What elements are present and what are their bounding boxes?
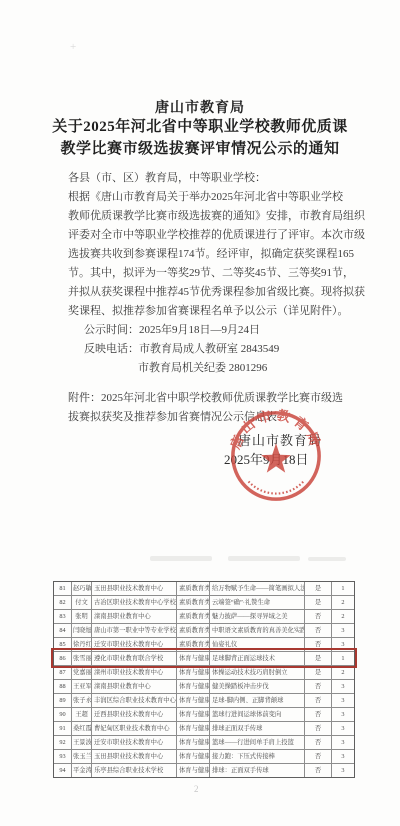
- cell-award-level: 3: [331, 764, 354, 777]
- cell-teacher-name: 张玉兰: [71, 750, 91, 763]
- table-row: 86 张雪丽 遵化市职业教育联合学校 体育与健康 足球脚背正面运球技术 是 1: [54, 651, 354, 665]
- cell-school: 丰润区综合职业技术教育中心: [91, 694, 176, 707]
- cell-teacher-name: 王超: [71, 708, 91, 721]
- cell-course-title: 排球：正面双手传球: [209, 764, 304, 777]
- cell-school: 曹妃甸区职业技术教育中心: [91, 722, 176, 735]
- feedback-phone-2: 市教育局机关纪委 2801296: [68, 359, 368, 378]
- cell-category: 素质教育类: [176, 582, 209, 595]
- paragraph-line: 评委对全市中等职业学校推荐的优质课进行了评审。本次市级: [68, 226, 368, 245]
- notice-title-line2: 教学比赛市级选拔赛评审情况公示的通知: [0, 137, 400, 158]
- cell-serial-number: 86: [54, 652, 71, 665]
- cell-award-level: 2: [331, 610, 354, 623]
- cell-teacher-name: 闫晓旭: [71, 624, 91, 637]
- cell-award-level: 1: [331, 652, 354, 665]
- cell-serial-number: 91: [54, 722, 71, 735]
- paragraph-line: 节。其中，拟评为一等奖29节、二等奖45节、三等奖91节，: [68, 264, 368, 283]
- cell-school: 滦州市职业技术教育中心: [91, 666, 176, 679]
- cell-teacher-name: 张雪丽: [71, 652, 91, 665]
- page-number: 2: [194, 784, 199, 794]
- cell-award-level: 3: [331, 624, 354, 637]
- cell-category: 体育与健康: [176, 680, 209, 693]
- scan-registration-mark: +: [70, 41, 76, 53]
- cell-recommended-to-province: 否: [304, 694, 331, 707]
- cell-course-title: 排球正面双手传球: [209, 722, 304, 735]
- cell-category: 体育与健康: [176, 666, 209, 679]
- cell-school: 玉田县职业技术教育中心: [91, 750, 176, 763]
- cell-recommended-to-province: 否: [304, 750, 331, 763]
- cell-recommended-to-province: 是: [304, 596, 331, 609]
- table-row: 91 桑红霞 曹妃甸区职业技术教育中心 体育与健康 排球正面双手传球 否 3: [54, 721, 354, 735]
- issuing-authority-title: 唐山市教育局: [0, 97, 400, 117]
- cell-school: 古冶区职业技术教育中心学校: [91, 596, 176, 609]
- cell-teacher-name: 桑红霞: [71, 722, 91, 735]
- cell-award-level: 3: [331, 722, 354, 735]
- cell-award-level: 2: [331, 666, 354, 679]
- notice-title-line1: 关于2025年河北省中等职业学校教师优质课: [0, 115, 400, 136]
- cell-serial-number: 81: [54, 582, 71, 595]
- table-row: 89 张子永 丰润区综合职业技术教育中心 体育与健康 足球-脚内侧、正脚背颠球 …: [54, 693, 354, 707]
- paragraph-line: 教师优质课教学比赛市级选拔赛的通知》安排，市教育局组织: [68, 207, 368, 226]
- cell-category: 体育与健康: [176, 694, 209, 707]
- cell-recommended-to-province: 否: [304, 708, 331, 721]
- cell-category: 素质教育类: [176, 610, 209, 623]
- cell-course-title: 健美操踏板冲击步伐: [209, 680, 304, 693]
- table-row: 88 王亚军 滦南县职业教育中心 体育与健康 健美操踏板冲击步伐 否 3: [54, 679, 354, 693]
- cell-school: 滦南县职业教育中心: [91, 680, 176, 693]
- scan-artifact: [228, 556, 300, 561]
- cell-category: 素质教育类: [176, 624, 209, 637]
- cell-recommended-to-province: 否: [304, 610, 331, 623]
- cell-serial-number: 93: [54, 750, 71, 763]
- scan-artifact: [150, 556, 212, 561]
- attachment-line: 附件：2025年河北省中职学校教师优质课教学比赛市级选: [68, 389, 368, 408]
- cell-recommended-to-province: 否: [304, 638, 331, 651]
- notice-body: 各县（市、区）教育局，中等职业学校： 根据《唐山市教育局关于举办2025年河北省…: [68, 169, 368, 427]
- scanned-notice-page: + 唐山市教育局 关于2025年河北省中等职业学校教师优质课 教学比赛市级选拔赛…: [0, 0, 400, 826]
- table-row: 87 党嘉丽 滦州市职业技术教育中心 体育与健康 体操运动技术技巧肩肘倒立 是 …: [54, 665, 354, 679]
- cell-recommended-to-province: 否: [304, 722, 331, 735]
- cell-course-title: 篮球行进间运球体前变向: [209, 708, 304, 721]
- table-row: 90 王超 迁西县职业技术教育中心 体育与健康 篮球行进间运球体前变向 否 3: [54, 707, 354, 721]
- cell-course-title: 云端签“确”·礼赞生命: [209, 596, 304, 609]
- table-row: 94 平金涛 乐亭县综合职业技术学校 体育与健康 排球：正面双手传球 否 3: [54, 763, 354, 777]
- cell-course-title: 魅力披萨——探寻异域之美: [209, 610, 304, 623]
- signature-date: 2025年9月18日: [224, 449, 309, 468]
- table-row: 84 闫晓旭 唐山市第一职业中等专业学校 素质教育类 中职语文素质教育的真善美化…: [54, 623, 354, 637]
- cell-serial-number: 83: [54, 610, 71, 623]
- cell-teacher-name: 王亚军: [71, 680, 91, 693]
- publicity-period: 公示时间：2025年9月18日—9月24日: [68, 321, 368, 340]
- attachment-line: 拔赛拟获奖及推荐参加省赛情况公示信息表: [68, 408, 368, 427]
- cell-serial-number: 90: [54, 708, 71, 721]
- attachment-reference: 附件：2025年河北省中职学校教师优质课教学比赛市级选拔赛拟获奖及推荐参加省赛情…: [68, 389, 368, 427]
- cell-serial-number: 84: [54, 624, 71, 637]
- cell-award-level: 1: [331, 582, 354, 595]
- table-row: 82 付文 古冶区职业技术教育中心学校 素质教育类 云端签“确”·礼赞生命 是 …: [54, 595, 354, 609]
- cell-award-level: 3: [331, 750, 354, 763]
- cell-category: 体育与健康: [176, 708, 209, 721]
- cell-teacher-name: 赵巧敏: [71, 582, 91, 595]
- cell-recommended-to-province: 否: [304, 764, 331, 777]
- cell-course-title: 足球-脚内侧、正脚背颠球: [209, 694, 304, 707]
- table-row: 81 赵巧敏 玉田县职业技术教育中心 素质教育类 给万物赋予生命——简笔画拟人法…: [54, 582, 354, 595]
- cell-school: 滦南县职业教育中心: [91, 610, 176, 623]
- cell-award-level: 2: [331, 596, 354, 609]
- cell-category: 体育与健康: [176, 750, 209, 763]
- cell-recommended-to-province: 否: [304, 680, 331, 693]
- cell-award-level: 3: [331, 638, 354, 651]
- cell-teacher-name: 平金涛: [71, 764, 91, 777]
- cell-category: 素质教育类: [176, 596, 209, 609]
- cell-category: 体育与健康: [176, 652, 209, 665]
- paragraph-line: 奖课程、拟推荐参加省赛课程名单予以公示（详见附件）。: [68, 302, 368, 321]
- cell-school: 迁西县职业技术教育中心: [91, 708, 176, 721]
- cell-recommended-to-province: 是: [304, 582, 331, 595]
- cell-award-level: 3: [331, 708, 354, 721]
- cell-school: 迁安市职业技术教育中心: [91, 638, 176, 651]
- cell-serial-number: 82: [54, 596, 71, 609]
- paragraph-line: 选拔赛共收到参赛课程174节。经评审，拟确定获奖课程165: [68, 245, 368, 264]
- cell-serial-number: 94: [54, 764, 71, 777]
- cell-serial-number: 87: [54, 666, 71, 679]
- table-row: 85 徐丹红 迁安市职业技术教育中心 素质教育类 仙姿礼仪 否 3: [54, 637, 354, 651]
- cell-school: 唐山市第一职业中等专业学校: [91, 624, 176, 637]
- salutation: 各县（市、区）教育局，中等职业学校：: [68, 169, 368, 188]
- cell-course-title: 仙姿礼仪: [209, 638, 304, 651]
- signature-issuer: 唐山市教育局: [238, 430, 322, 449]
- seal-bottom-code: [249, 481, 304, 493]
- paragraph-line: 根据《唐山市教育局关于举办2025年河北省中等职业学校: [68, 188, 368, 207]
- cell-course-title: 给万物赋予生命——简笔画拟人法: [209, 582, 304, 595]
- paragraph-line: 并拟从获奖课程中推荐45节优秀课程参加省级比赛。现将拟获: [68, 283, 368, 302]
- notice-paragraph: 根据《唐山市教育局关于举办2025年河北省中等职业学校教师优质课教学比赛市级选拔…: [68, 188, 368, 321]
- cell-serial-number: 89: [54, 694, 71, 707]
- cell-teacher-name: 张子永: [71, 694, 91, 707]
- cell-category: 体育与健康: [176, 736, 209, 749]
- cell-category: 体育与健康: [176, 722, 209, 735]
- cell-recommended-to-province: 否: [304, 736, 331, 749]
- table-row: 93 张玉兰 玉田县职业技术教育中心 体育与健康 接力跑：下压式传接棒 否 3: [54, 749, 354, 763]
- cell-teacher-name: 张明: [71, 610, 91, 623]
- scan-artifact: [308, 557, 346, 561]
- cell-recommended-to-province: 是: [304, 666, 331, 679]
- cell-category: 素质教育类: [176, 638, 209, 651]
- cell-teacher-name: 付文: [71, 596, 91, 609]
- cell-course-title: 接力跑：下压式传接棒: [209, 750, 304, 763]
- cell-recommended-to-province: 是: [304, 652, 331, 665]
- cell-teacher-name: 党嘉丽: [71, 666, 91, 679]
- cell-school: 遵化市职业教育联合学校: [91, 652, 176, 665]
- award-publicity-table: 81 赵巧敏 玉田县职业技术教育中心 素质教育类 给万物赋予生命——简笔画拟人法…: [53, 581, 355, 778]
- cell-award-level: 3: [331, 694, 354, 707]
- cell-course-title: 足球脚背正面运球技术: [209, 652, 304, 665]
- cell-school: 乐亭县综合职业技术学校: [91, 764, 176, 777]
- cell-teacher-name: 王景波: [71, 736, 91, 749]
- table-row: 83 张明 滦南县职业教育中心 素质教育类 魅力披萨——探寻异域之美 否 2: [54, 609, 354, 623]
- cell-school: 迁安市职业技术教育中心: [91, 736, 176, 749]
- cell-school: 玉田县职业技术教育中心: [91, 582, 176, 595]
- cell-course-title: 中职语文素质教育的真善美化实践: [209, 624, 304, 637]
- feedback-phone-1: 反映电话：市教育局成人教研室 2843549: [68, 340, 368, 359]
- cell-serial-number: 92: [54, 736, 71, 749]
- cell-category: 体育与健康: [176, 764, 209, 777]
- table-row: 92 王景波 迁安市职业技术教育中心 体育与健康 篮球——行进间单手肩上投篮 否…: [54, 735, 354, 749]
- cell-serial-number: 88: [54, 680, 71, 693]
- cell-recommended-to-province: 否: [304, 624, 331, 637]
- cell-course-title: 篮球——行进间单手肩上投篮: [209, 736, 304, 749]
- cell-award-level: 3: [331, 736, 354, 749]
- cell-course-title: 体操运动技术技巧肩肘倒立: [209, 666, 304, 679]
- cell-serial-number: 85: [54, 638, 71, 651]
- cell-teacher-name: 徐丹红: [71, 638, 91, 651]
- cell-award-level: 3: [331, 680, 354, 693]
